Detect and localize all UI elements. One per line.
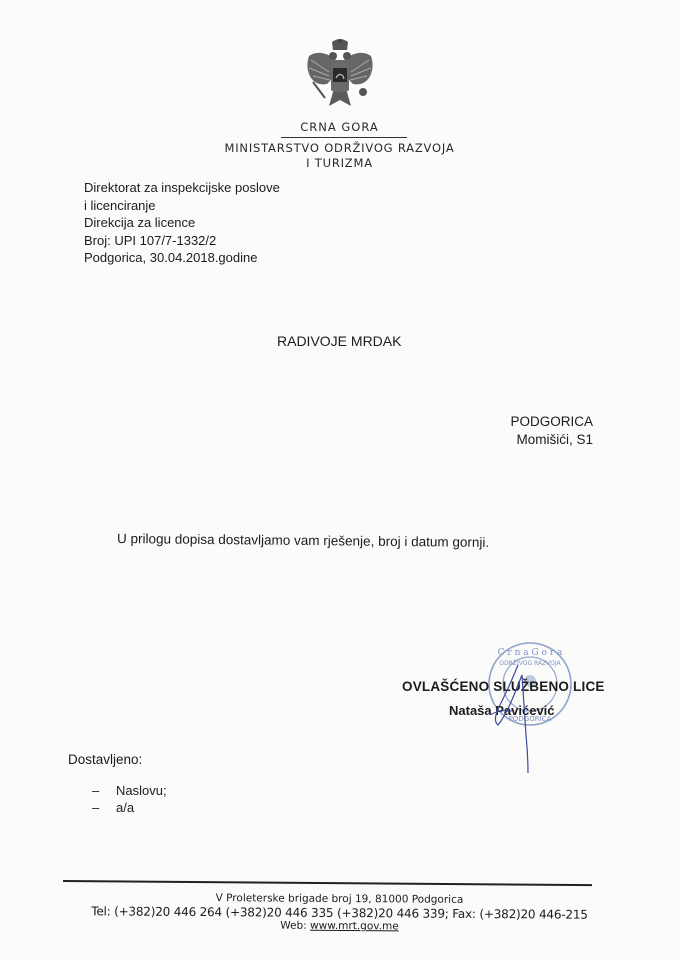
sender-block: Direktorat za inspekcijske poslove i lic…	[84, 179, 280, 267]
country-name: CRNA GORA	[0, 120, 679, 134]
distribution-label: Dostavljeno:	[68, 752, 142, 767]
recipient-address: PODGORICA Momišići, S1	[506, 413, 593, 449]
distribution-item: a/a	[116, 799, 134, 816]
reference-number: Broj: UPI 107/7-1332/2	[84, 232, 280, 250]
recipient-name: RADIVOJE MRDAK	[277, 333, 401, 349]
header-divider	[281, 137, 407, 138]
footer-divider	[63, 880, 592, 886]
handwritten-signature-icon	[470, 645, 550, 775]
website-link[interactable]: www.mrt.gov.me	[310, 920, 399, 933]
distribution-list: – Naslovu; – a/a	[92, 782, 167, 816]
recipient-street: Momišići, S1	[506, 431, 593, 449]
place-date: Podgorica, 30.04.2018.godine	[84, 249, 280, 267]
department: Direkcija za licence	[84, 214, 280, 232]
ministry-name-line2: I TURIZMA	[0, 156, 679, 170]
letter-body: U prilogu dopisa dostavljamo vam rješenj…	[117, 531, 489, 550]
distribution-item: Naslovu;	[116, 782, 167, 799]
bullet-dash: –	[92, 782, 116, 799]
bullet-dash: –	[92, 799, 116, 816]
list-item: – Naslovu;	[92, 782, 167, 799]
ministry-name-line1: MINISTARSTVO ODRŽIVOG RAZVOJA	[0, 141, 679, 155]
list-item: – a/a	[92, 799, 167, 816]
directorate-cont: i licenciranje	[84, 197, 280, 215]
web-label: Web:	[280, 920, 310, 932]
recipient-city: PODGORICA	[506, 413, 593, 431]
directorate: Direktorat za inspekcijske poslove	[84, 179, 280, 197]
coat-of-arms-icon	[303, 38, 377, 116]
